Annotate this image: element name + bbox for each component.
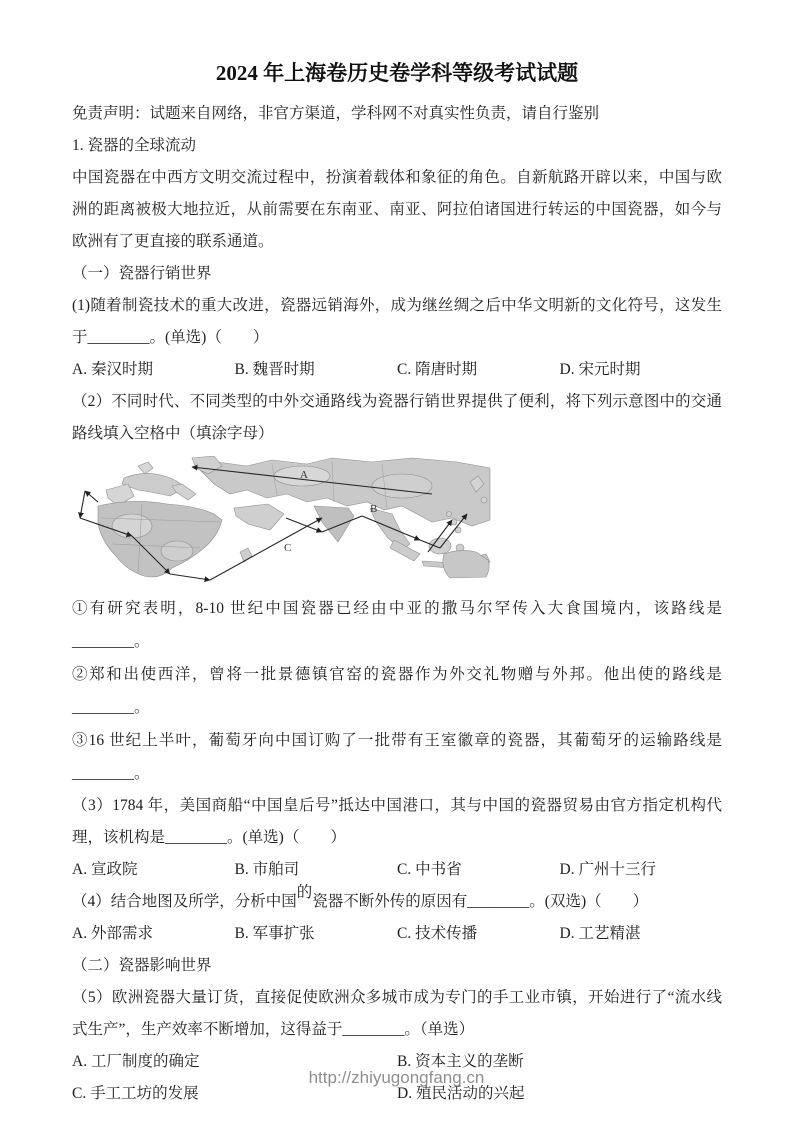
q3-option-a: A. 宣政院 <box>72 854 235 886</box>
footer-url: http://zhiyugongfang.cn <box>0 1068 793 1088</box>
q4-superscript: 的 <box>297 884 313 901</box>
trade-routes-map: A B C <box>72 456 492 590</box>
taiwan-landmass <box>447 512 452 517</box>
question-4-text: （4）结合地图及所学，分析中国的瓷器不断外传的原因有________。(双选)（… <box>72 886 722 918</box>
route-c-line <box>85 491 98 502</box>
question-2-text: （2）不同时代、不同类型的中外交通路线为瓷器行销世界提供了便利，将下列示意图中的… <box>72 386 722 450</box>
question-2-items: ①有研究表明，8-10 世纪中国瓷器已经由中亚的撒马尔罕传入大食国境内，该路线是… <box>72 592 722 790</box>
disclaimer: 免责声明：试题来自网络，非官方渠道，学科网不对真实性负责，请自行鉴别 <box>72 98 722 130</box>
intro-paragraph: 中国瓷器在中西方文明交流过程中，扮演着载体和象征的角色。自新航路开辟以来，中国与… <box>72 162 722 258</box>
section-1-heading: （一）瓷器行销世界 <box>72 258 722 290</box>
q4-text-pre: （4）结合地图及所学，分析中国 <box>72 893 297 910</box>
q3-option-d: D. 广州十三行 <box>560 854 656 886</box>
q4-option-b: B. 军事扩张 <box>235 918 398 950</box>
section-2-heading: （二）瓷器影响世界 <box>72 950 722 982</box>
q4-option-a: A. 外部需求 <box>72 918 235 950</box>
trade-routes-map-svg: A B C <box>72 456 492 590</box>
q1-option-b: B. 魏晋时期 <box>235 354 398 386</box>
q2-item-3: ③16 世纪上半叶，葡萄牙向中国订购了一批带有王室徽章的瓷器，其葡萄牙的运输路线… <box>72 724 722 790</box>
q4-option-d: D. 工艺精湛 <box>560 918 641 950</box>
landmasses <box>98 456 490 578</box>
route-a-label: A <box>300 469 308 481</box>
q3-option-c: C. 中书省 <box>397 854 560 886</box>
q2-item-1: ①有研究表明，8-10 世纪中国瓷器已经由中亚的撒马尔罕传入大食国境内，该路线是… <box>72 592 722 658</box>
route-b-label: B <box>370 503 377 515</box>
india-landmass <box>314 506 354 542</box>
africa-landmass <box>98 501 222 577</box>
question-3-text: （3）1784 年，美国商船“中国皇后号”抵达中国港口，其与中国的瓷器贸易由官方… <box>72 790 722 854</box>
q4-option-c: C. 技术传播 <box>397 918 560 950</box>
topic-heading: 1. 瓷器的全球流动 <box>72 130 722 162</box>
q1-option-a: A. 秦汉时期 <box>72 354 235 386</box>
route-b-line <box>286 518 322 532</box>
exam-page: 2024 年上海卷历史卷学科等级考试试题 免责声明：试题来自网络，非官方渠道，学… <box>0 0 793 1122</box>
australia-landmass <box>443 550 489 578</box>
question-5-text: （5）欧洲瓷器大量订货，直接促使欧洲众多城市成为专门的手工业市镇，开始进行了“流… <box>72 982 722 1046</box>
question-1-text: (1)随着制瓷技术的重大改进，瓷器远销海外，成为继丝绸之后中华文明新的文化符号，… <box>72 290 722 354</box>
route-c-label: C <box>284 542 291 554</box>
exam-content: 2024 年上海卷历史卷学科等级考试试题 免责声明：试题来自网络，非官方渠道，学… <box>0 0 793 1110</box>
q2-item-2: ②郑和出使西洋，曾将一批景德镇官窑的瓷器作为外交礼物赠与外邦。他出使的路线是__… <box>72 658 722 724</box>
q1-option-d: D. 宋元时期 <box>560 354 641 386</box>
arabia-landmass <box>234 504 284 530</box>
q4-text-post: 瓷器不断外传的原因有________。(双选)（ ） <box>312 893 648 910</box>
britain-landmass <box>138 462 153 474</box>
philippines-landmass <box>451 519 457 525</box>
q1-option-c: C. 隋唐时期 <box>397 354 560 386</box>
q3-option-b: B. 市舶司 <box>235 854 398 886</box>
question-1-options: A. 秦汉时期 B. 魏晋时期 C. 隋唐时期 D. 宋元时期 <box>72 354 722 386</box>
question-3-options: A. 宣政院 B. 市舶司 C. 中书省 D. 广州十三行 <box>72 854 722 886</box>
page-title: 2024 年上海卷历史卷学科等级考试试题 <box>72 0 722 90</box>
question-4-options: A. 外部需求 B. 军事扩张 C. 技术传播 D. 工艺精湛 <box>72 918 722 950</box>
